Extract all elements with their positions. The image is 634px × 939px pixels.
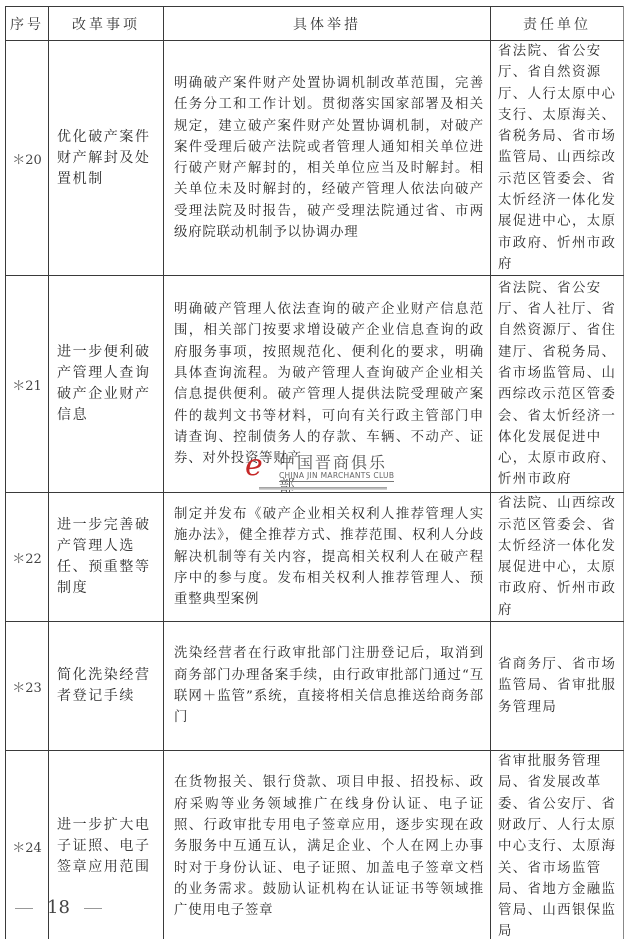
table-row: ＊22 进一步完善破产管理人选任、预重整等制度 制定并发布《破产企业相关权利人推… xyxy=(6,493,624,622)
reform-item-cell: 进一步便利破产管理人查询破产企业财产信息 xyxy=(49,276,164,493)
measure-detail-cell: 洗染经营者在行政审批部门注册登记后，取消到商务部门办理备案手续，由行政审批部门通… xyxy=(164,622,491,751)
measure-detail-cell: 明确破产案件财产处置协调机制改革范围，完善任务分工和工作计划。贯彻落实国家部署及… xyxy=(164,41,491,276)
row-number: ＊23 xyxy=(6,622,49,751)
table-header-row: 序号 改革事项 具体举措 责任单位 xyxy=(6,7,624,41)
header-unit: 责任单位 xyxy=(491,7,624,41)
measure-detail-text: 明确破产管理人依法查询的破产企业财产信息范围，相关部门按要求增设破产企业信息查询… xyxy=(164,299,490,469)
measure-detail-cell: 制定并发布《破产企业相关权利人推荐管理人实施办法》，健全推荐方式、推荐范围、权利… xyxy=(164,493,491,622)
watermark-en-text: CHINA JIN MARCHANTS CLUB xyxy=(279,471,394,482)
responsible-unit-text: 省商务厅、省市场监管局、省审批服务管理局 xyxy=(491,654,623,718)
reform-item-text: 进一步便利破产管理人查询破产企业财产信息 xyxy=(49,342,163,426)
measure-detail-text: 洗染经营者在行政审批部门注册登记后，取消到商务部门办理备案手续，由行政审批部门通… xyxy=(164,643,490,728)
responsible-unit-text: 省法院、山西综改示范区管委会、省太忻经济一体化发展促进中心，太原市政府、忻州市政… xyxy=(491,493,623,621)
row-number: ＊22 xyxy=(6,493,49,622)
measure-detail-text: 明确破产案件财产处置协调机制改革范围，完善任务分工和工作计划。贯彻落实国家部署及… xyxy=(164,73,490,243)
header-item: 改革事项 xyxy=(49,7,164,41)
measure-detail-cell: 在货物报关、银行贷款、项目申报、招投标、政府采购等业务领域推广在线身份认证、电子… xyxy=(164,751,491,939)
responsible-unit-cell: 省法院、省公安厅、省自然资源厅、人行太原中心支行、太原海关、省税务局、省市场监管… xyxy=(491,41,624,276)
table-row: ＊20 优化破产案件财产解封及处置机制 明确破产案件财产处置协调机制改革范围，完… xyxy=(6,41,624,276)
reform-item-cell: 优化破产案件财产解封及处置机制 xyxy=(49,41,164,276)
responsible-unit-text: 省法院、省公安厅、省人社厅、省自然资源厅、省住建厅、省税务局、省市场监管局、山西… xyxy=(491,278,623,491)
reform-item-text: 进一步扩大电子证照、电子签章应用范围 xyxy=(49,815,163,878)
jin-logo-icon: e xyxy=(245,449,263,483)
reform-item-cell: 简化洗染经营者登记手续 xyxy=(49,622,164,751)
page-footer: 18 xyxy=(13,897,102,918)
responsible-unit-text: 省法院、省公安厅、省自然资源厅、人行太原中心支行、太原海关、省税务局、省市场监管… xyxy=(491,41,623,275)
reform-item-text: 优化破产案件财产解封及处置机制 xyxy=(49,127,163,190)
watermark-underline xyxy=(259,487,387,490)
table-row: ＊23 简化洗染经营者登记手续 洗染经营者在行政审批部门注册登记后，取消到商务部… xyxy=(6,622,624,751)
responsible-unit-cell: 省商务厅、省市场监管局、省审批服务管理局 xyxy=(491,622,624,751)
reform-item-text: 进一步完善破产管理人选任、预重整等制度 xyxy=(49,515,163,599)
header-detail: 具体举措 xyxy=(164,7,491,41)
measure-detail-text: 制定并发布《破产企业相关权利人推荐管理人实施办法》，健全推荐方式、推荐范围、权利… xyxy=(164,504,490,610)
reform-item-cell: 进一步完善破产管理人选任、预重整等制度 xyxy=(49,493,164,622)
responsible-unit-cell: 省审批服务管理局、省发展改革委、省公安厅、省财政厅、人行太原中心支行、太原海关、… xyxy=(491,751,624,939)
page-number: 18 xyxy=(47,897,70,918)
dash-left xyxy=(15,908,33,909)
header-no: 序号 xyxy=(6,7,49,41)
responsible-unit-cell: 省法院、省公安厅、省人社厅、省自然资源厅、省住建厅、省税务局、省市场监管局、山西… xyxy=(491,276,624,493)
responsible-unit-text: 省审批服务管理局、省发展改革委、省公安厅、省财政厅、人行太原中心支行、太原海关、… xyxy=(491,751,623,939)
row-number: ＊21 xyxy=(6,276,49,493)
reform-item-text: 简化洗染经营者登记手续 xyxy=(49,665,163,707)
row-number: ＊20 xyxy=(6,41,49,276)
measure-detail-text: 在货物报关、银行贷款、项目申报、招投标、政府采购等业务领域推广在线身份认证、电子… xyxy=(164,772,490,921)
dash-right xyxy=(84,908,102,909)
responsible-unit-cell: 省法院、山西综改示范区管委会、省太忻经济一体化发展促进中心，太原市政府、忻州市政… xyxy=(491,493,624,622)
watermark-logo: e 中国晋商俱乐部 CHINA JIN MARCHANTS CLUB xyxy=(245,449,400,489)
